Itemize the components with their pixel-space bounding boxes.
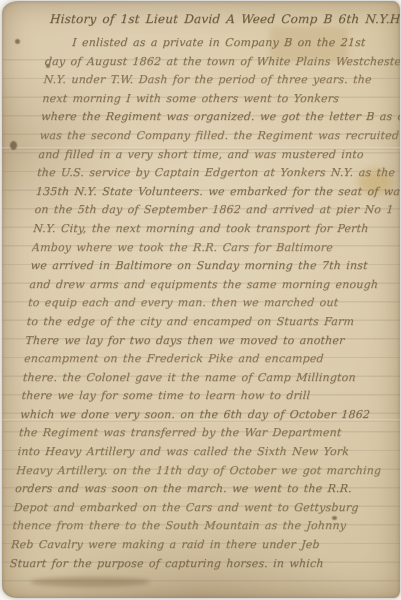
manuscript-line: thence from there to the South Mountain … — [12, 517, 377, 536]
manuscript-page: History of 1st Lieut David A Weed Comp B… — [2, 1, 400, 598]
manuscript-line: to equip each and every man. then we mar… — [27, 294, 392, 313]
manuscript-line: which we done very soon. on the 6th day … — [20, 406, 385, 425]
manuscript-line: There we lay for two days then we moved … — [25, 332, 390, 351]
manuscript-line: there we lay for some time to learn how … — [21, 387, 386, 406]
manuscript-line: Depot and embarked on the Cars and went … — [13, 499, 378, 518]
manuscript-line: and filled in a very short time, and was… — [38, 146, 400, 165]
paper-speck — [15, 39, 20, 44]
manuscript-line: we arrived in Baltimore on Sunday mornin… — [30, 257, 395, 276]
manuscript-line: the U.S. service by Captain Edgerton at … — [36, 164, 400, 183]
manuscript-line: there. the Colonel gave it the name of C… — [22, 369, 387, 388]
manuscript-line: and drew arms and equipments the same mo… — [29, 276, 394, 295]
manuscript-title: History of 1st Lieut David A Weed Comp B… — [50, 12, 393, 26]
manuscript-line: N.Y. City, the next morning and took tra… — [33, 220, 398, 239]
manuscript-line: I enlisted as a private in Company B on … — [46, 34, 400, 53]
manuscript-line: orders and was soon on the march. we wen… — [14, 480, 379, 499]
manuscript-line: on the 5th day of September 1862 and arr… — [34, 201, 399, 220]
manuscript-line: to the edge of the city and encamped on … — [26, 313, 391, 332]
manuscript-line: encampment on the Frederick Pike and enc… — [23, 350, 388, 369]
manuscript-line: where the Regiment was organized. we got… — [40, 108, 400, 127]
paper-stain — [30, 577, 150, 587]
paper-speck — [10, 141, 17, 150]
manuscript-line: the Regiment was transferred by the War … — [18, 424, 383, 443]
manuscript-body: I enlisted as a private in Company B on … — [9, 34, 400, 573]
manuscript-line: Stuart for the purpose of capturing hors… — [9, 555, 374, 574]
manuscript-line: Amboy where we took the R.R. Cars for Ba… — [31, 239, 396, 258]
manuscript-line: 135th N.Y. State Volunteers. we embarked… — [35, 183, 400, 202]
manuscript-line: Heavy Artillery. on the 11th day of Octo… — [16, 462, 381, 481]
photo-background: History of 1st Lieut David A Weed Comp B… — [0, 0, 401, 600]
manuscript-line: next morning I with some others went to … — [42, 90, 400, 109]
manuscript-line: day of August 1862 at the town of White … — [44, 53, 400, 72]
manuscript-line: Reb Cavalry were making a raid in there … — [10, 536, 375, 555]
manuscript-line: into Heavy Artillery and was called the … — [17, 443, 382, 462]
manuscript-line: N.Y. under T.W. Dash for the period of t… — [43, 71, 400, 90]
manuscript-line: was the second Company filled. the Regim… — [39, 127, 400, 146]
